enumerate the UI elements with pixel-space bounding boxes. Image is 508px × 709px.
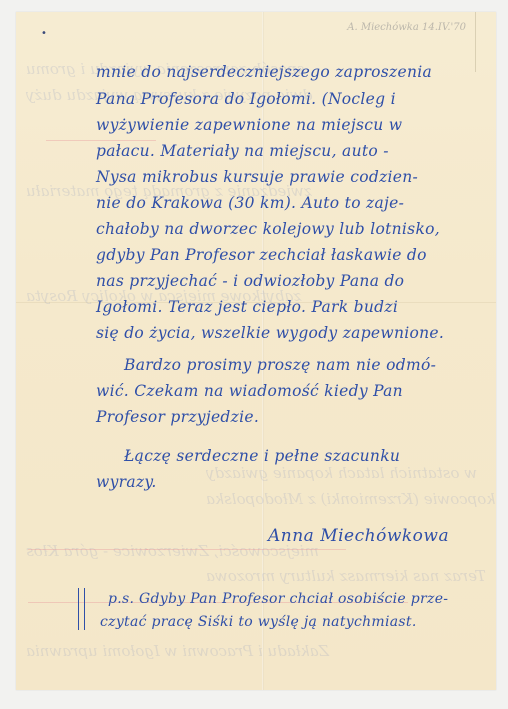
- closing-line: wyrazy.: [96, 475, 157, 491]
- vertical-fold-line: [262, 12, 264, 690]
- page-mark: •: [41, 28, 47, 39]
- bleed-through-underline: [28, 549, 148, 550]
- letter-line: Pana Profesora do Igołomi. (Nocleg i: [96, 92, 396, 108]
- letter-line: Nysa mikrobus kursuje prawie codzien-: [96, 170, 418, 186]
- letter-line: Igołomi. Teraz jest ciepło. Park budzi: [96, 300, 398, 316]
- letter-line: mnie do najserdeczniejszego zaproszenia: [96, 65, 432, 81]
- letter-page: sposób zaproszenia wyjazdu i gromu dwie …: [16, 12, 496, 690]
- bleed-through-underline: [46, 140, 156, 141]
- letter-line: wić. Czekam na wiadomość kiedy Pan: [96, 384, 403, 400]
- letter-line: Bardzo prosimy proszę nam nie odmó-: [124, 358, 436, 374]
- signature: Anna Miechówkowa: [268, 528, 449, 545]
- postscript-margin-mark: [78, 588, 85, 630]
- closing-line: Łączę serdeczne i pełne szacunku: [124, 449, 400, 465]
- bleed-through-text: kopcowie (Krzemionki) z Młodopolska: [206, 490, 495, 508]
- letter-line: nie do Krakowa (30 km). Auto to zaje-: [96, 196, 404, 212]
- paper-edge-crease: [475, 12, 476, 72]
- bleed-through-text: w ostatnich latach kopanie gwiazdy: [206, 464, 477, 482]
- letter-line: gdyby Pan Profesor zechciał łaskawie do: [96, 248, 427, 264]
- scanned-document: sposób zaproszenia wyjazdu i gromu dwie …: [0, 0, 508, 709]
- letter-line: pałacu. Materiały na miejscu, auto -: [96, 144, 389, 160]
- letter-line: chałoby na dworzec kolejowy lub lotnisko…: [96, 222, 440, 238]
- bleed-through-text: Zakładu i Pracowni w Igołomi uprawnia: [26, 642, 329, 660]
- bleed-through-text: Teraz nas kiermasz kultury mrozowa: [206, 567, 486, 585]
- letter-line: nas przyjechać - i odwiozłoby Pana do: [96, 274, 404, 290]
- letter-line: wyżywienie zapewnione na miejscu w: [96, 118, 402, 134]
- postscript-line: czytać pracę Siśki to wyślę ją natychmia…: [100, 615, 417, 629]
- bleed-through-underline: [146, 549, 346, 550]
- archive-pencil-note: A. Miechówka 14.IV.'70: [347, 22, 466, 33]
- postscript-line: p.s. Gdyby Pan Profesor chciał osobiście…: [108, 592, 448, 606]
- letter-line: Profesor przyjedzie.: [96, 410, 259, 426]
- letter-line: się do życia, wszelkie wygody zapewnione…: [96, 326, 444, 342]
